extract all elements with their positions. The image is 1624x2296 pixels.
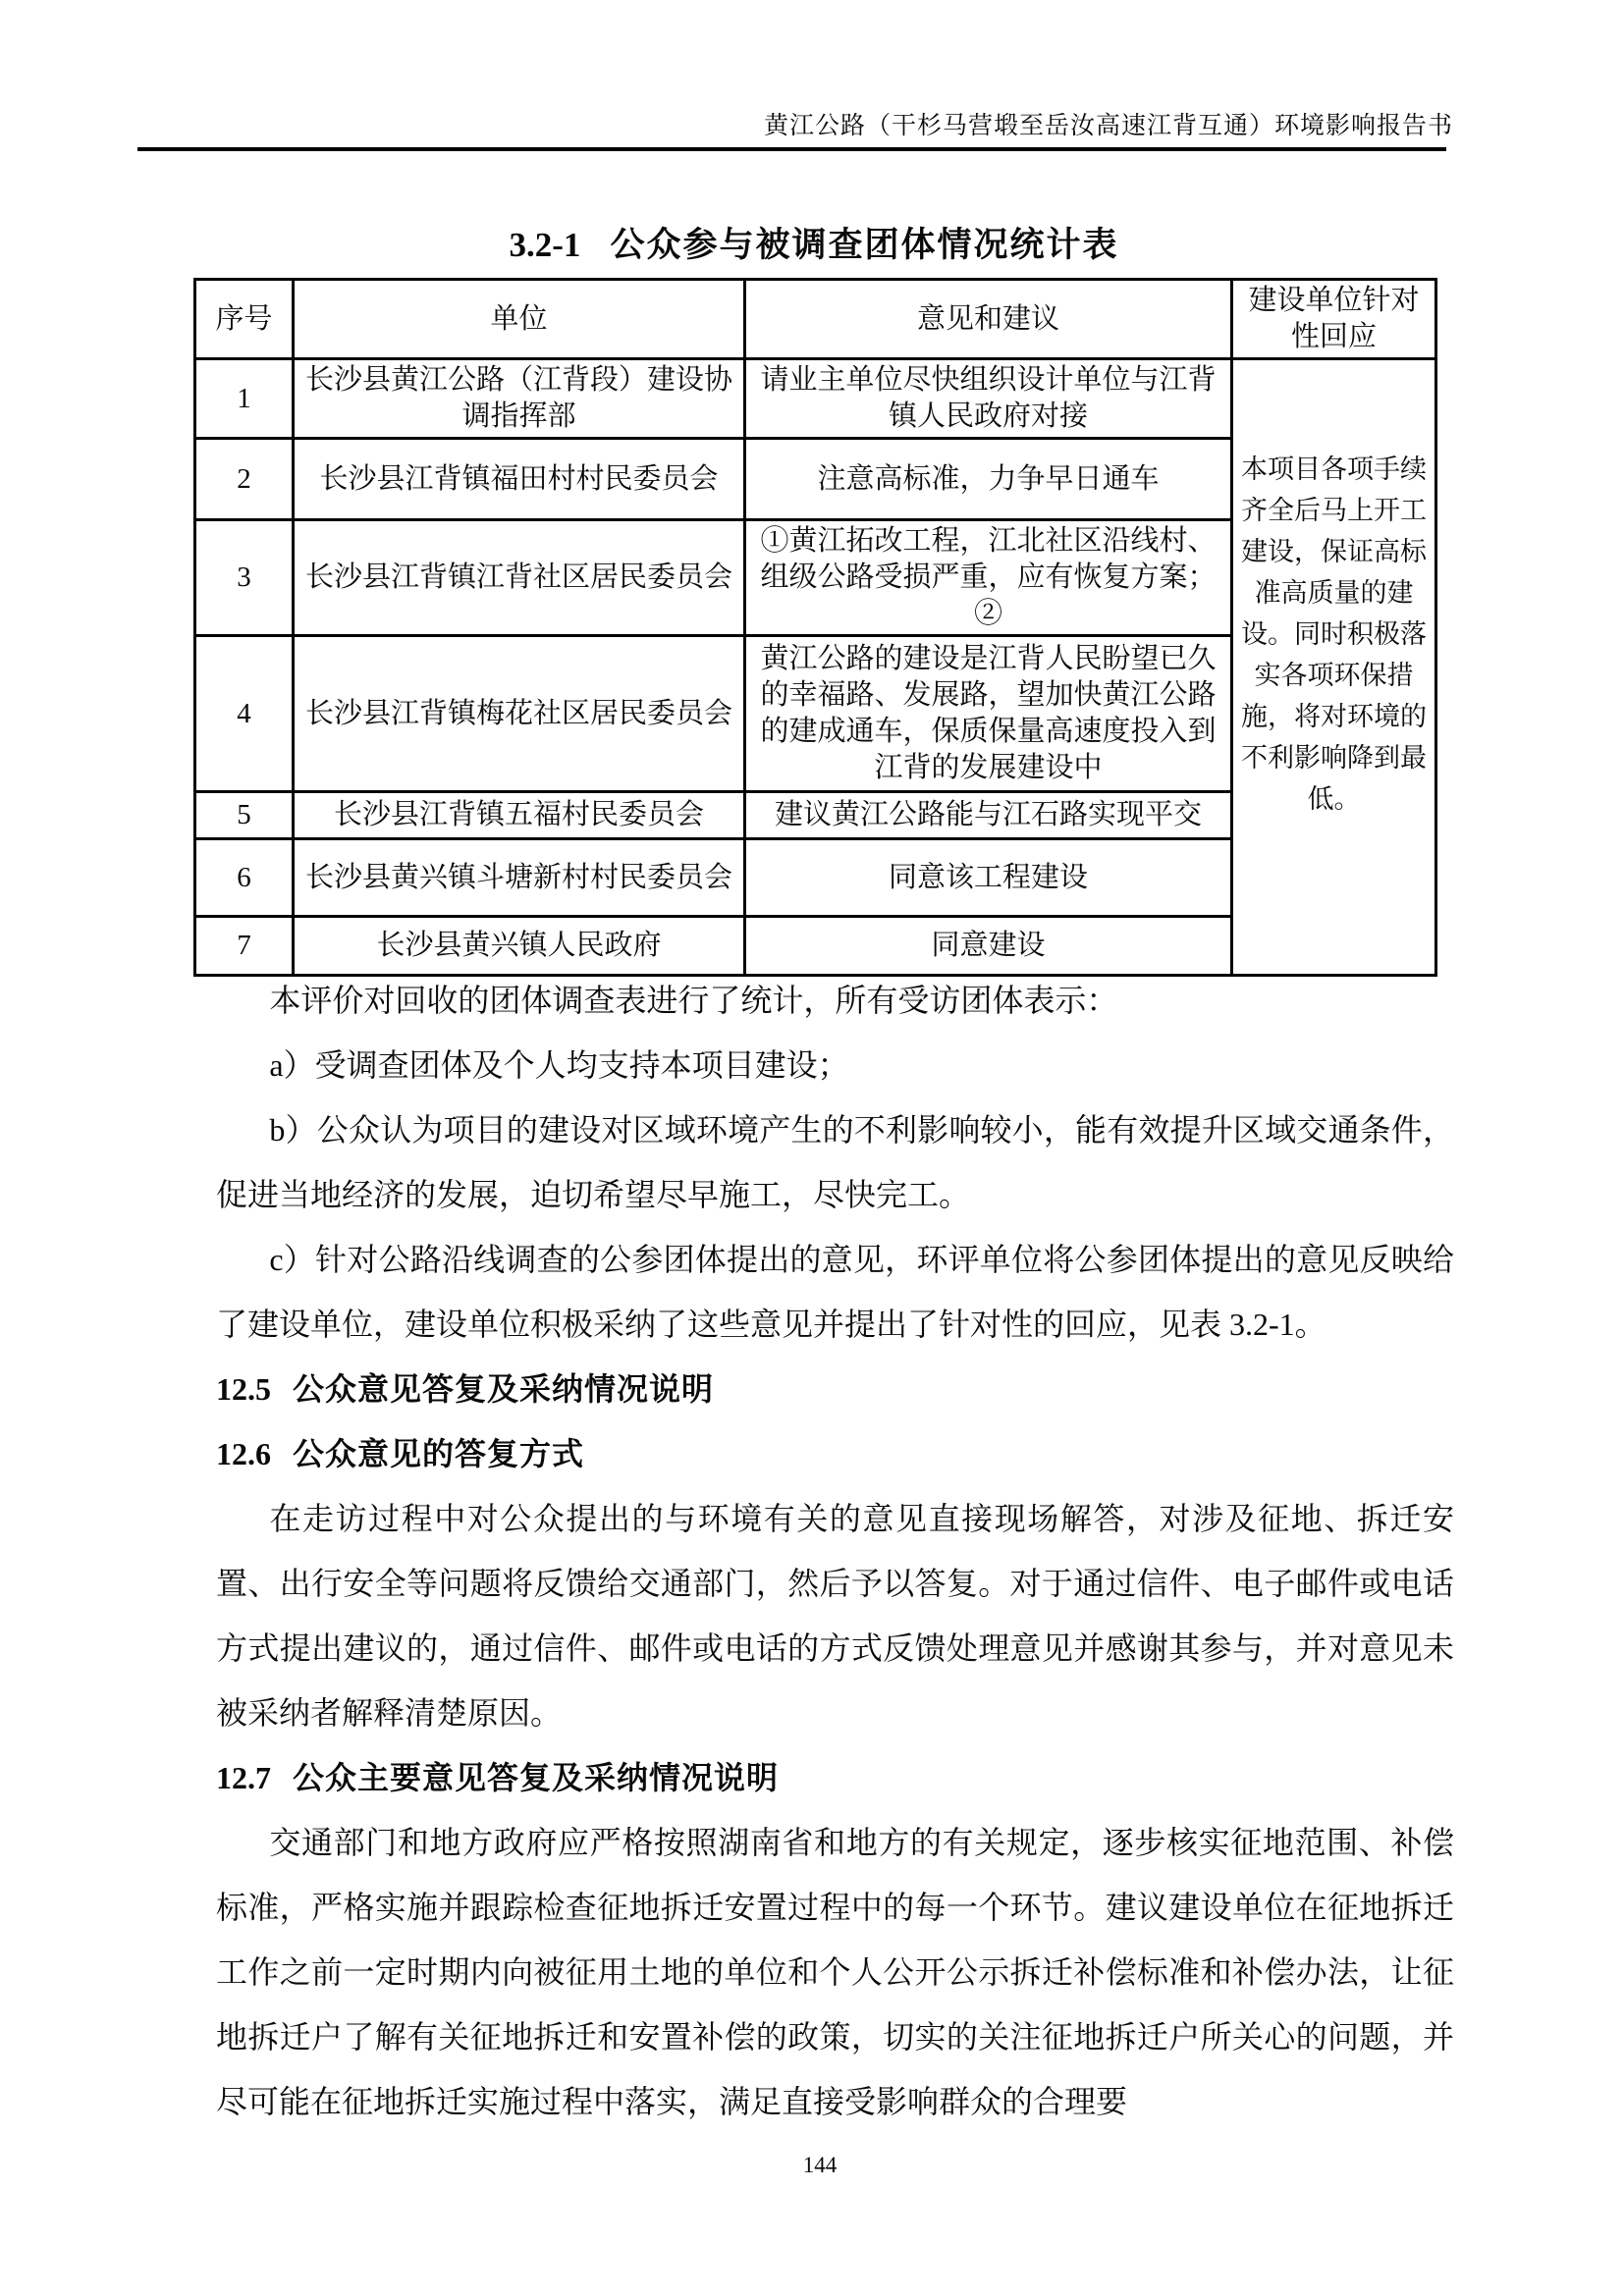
public-participation-table: 序号 单位 意见和建议 建设单位针对性回应 1 长沙县黄江公路（江背段）建设协调… <box>193 278 1437 977</box>
column-header-serial: 序号 <box>195 280 294 359</box>
unit-cell: 长沙县江背镇五福村民委员会 <box>294 792 745 839</box>
table-caption-text: 公众参与被调查团体情况统计表 <box>610 226 1118 264</box>
opinion-cell: 请业主单位尽快组织设计单位与江背镇人民政府对接 <box>745 359 1232 439</box>
page-header-title: 黄江公路（干杉马营塅至岳汝高速江背互通）环境影响报告书 <box>137 106 1453 141</box>
unit-cell: 长沙县江背镇梅花社区居民委员会 <box>294 636 745 792</box>
section-title: 公众意见的答复方式 <box>293 1436 584 1471</box>
unit-cell: 长沙县黄兴镇人民政府 <box>294 917 745 976</box>
serial-cell: 7 <box>195 917 294 976</box>
serial-cell: 2 <box>195 439 294 520</box>
table-caption-number: 3.2-1 <box>510 226 581 264</box>
column-header-unit: 单位 <box>294 280 745 359</box>
serial-cell: 5 <box>195 792 294 839</box>
column-header-response: 建设单位针对性回应 <box>1232 280 1436 359</box>
unit-cell: 长沙县黄兴镇斗塘新村村民委员会 <box>294 839 745 917</box>
section-number: 12.5 <box>216 1371 271 1407</box>
section-title: 公众主要意见答复及采纳情况说明 <box>293 1760 779 1795</box>
paragraph-12-6: 在走访过程中对公众提出的与环境有关的意见直接现场解答，对涉及征地、拆迁安置、出行… <box>216 1486 1454 1745</box>
table-header-row: 序号 单位 意见和建议 建设单位针对性回应 <box>195 280 1436 359</box>
table-row: 1 长沙县黄江公路（江背段）建设协调指挥部 请业主单位尽快组织设计单位与江背镇人… <box>195 359 1436 439</box>
serial-cell: 3 <box>195 520 294 636</box>
response-merged-cell: 本项目各项手续齐全后马上开工建设，保证高标准高质量的建设。同时积极落实各项环保措… <box>1232 359 1436 976</box>
section-heading-12-7: 12.7公众主要意见答复及采纳情况说明 <box>216 1745 1454 1810</box>
serial-cell: 6 <box>195 839 294 917</box>
section-heading-12-6: 12.6公众意见的答复方式 <box>216 1421 1454 1486</box>
column-header-opinion: 意见和建议 <box>745 280 1232 359</box>
header-divider-rule <box>137 147 1446 151</box>
opinion-cell: 黄江公路的建设是江背人民盼望已久的幸福路、发展路，望加快黄江公路的建成通车，保质… <box>745 636 1232 792</box>
page-number: 144 <box>0 2153 1624 2178</box>
section-title: 公众意见答复及采纳情况说明 <box>293 1371 714 1407</box>
serial-cell: 1 <box>195 359 294 439</box>
paragraph-item-b: b）公众认为项目的建设对区域环境产生的不利影响较小，能有效提升区域交通条件，促进… <box>216 1097 1454 1227</box>
section-number: 12.7 <box>216 1760 271 1795</box>
opinion-cell: ①黄江拓改工程，江北社区沿线村、组级公路受损严重，应有恢复方案；② <box>745 520 1232 636</box>
paragraph-12-7: 交通部门和地方政府应严格按照湖南省和地方的有关规定，逐步核实征地范围、补偿标准，… <box>216 1810 1454 2134</box>
paragraph-item-a: a）受调查团体及个人均支持本项目建设； <box>216 1033 1454 1097</box>
opinion-cell: 建议黄江公路能与江石路实现平交 <box>745 792 1232 839</box>
body-text-block: 本评价对回收的团体调查表进行了统计，所有受访团体表示： a）受调查团体及个人均支… <box>216 968 1454 2134</box>
unit-cell: 长沙县江背镇福田村村民委员会 <box>294 439 745 520</box>
unit-cell: 长沙县江背镇江背社区居民委员会 <box>294 520 745 636</box>
paragraph-item-c: c）针对公路沿线调查的公参团体提出的意见，环评单位将公参团体提出的意见反映给了建… <box>216 1227 1454 1357</box>
opinion-cell: 同意该工程建设 <box>745 839 1232 917</box>
opinion-cell: 注意高标准，力争早日通车 <box>745 439 1232 520</box>
unit-cell: 长沙县黄江公路（江背段）建设协调指挥部 <box>294 359 745 439</box>
paragraph-intro: 本评价对回收的团体调查表进行了统计，所有受访团体表示： <box>216 968 1454 1033</box>
section-heading-12-5: 12.5公众意见答复及采纳情况说明 <box>216 1357 1454 1421</box>
serial-cell: 4 <box>195 636 294 792</box>
table-caption: 3.2-1公众参与被调查团体情况统计表 <box>193 218 1435 267</box>
section-number: 12.6 <box>216 1436 271 1471</box>
opinion-cell: 同意建设 <box>745 917 1232 976</box>
